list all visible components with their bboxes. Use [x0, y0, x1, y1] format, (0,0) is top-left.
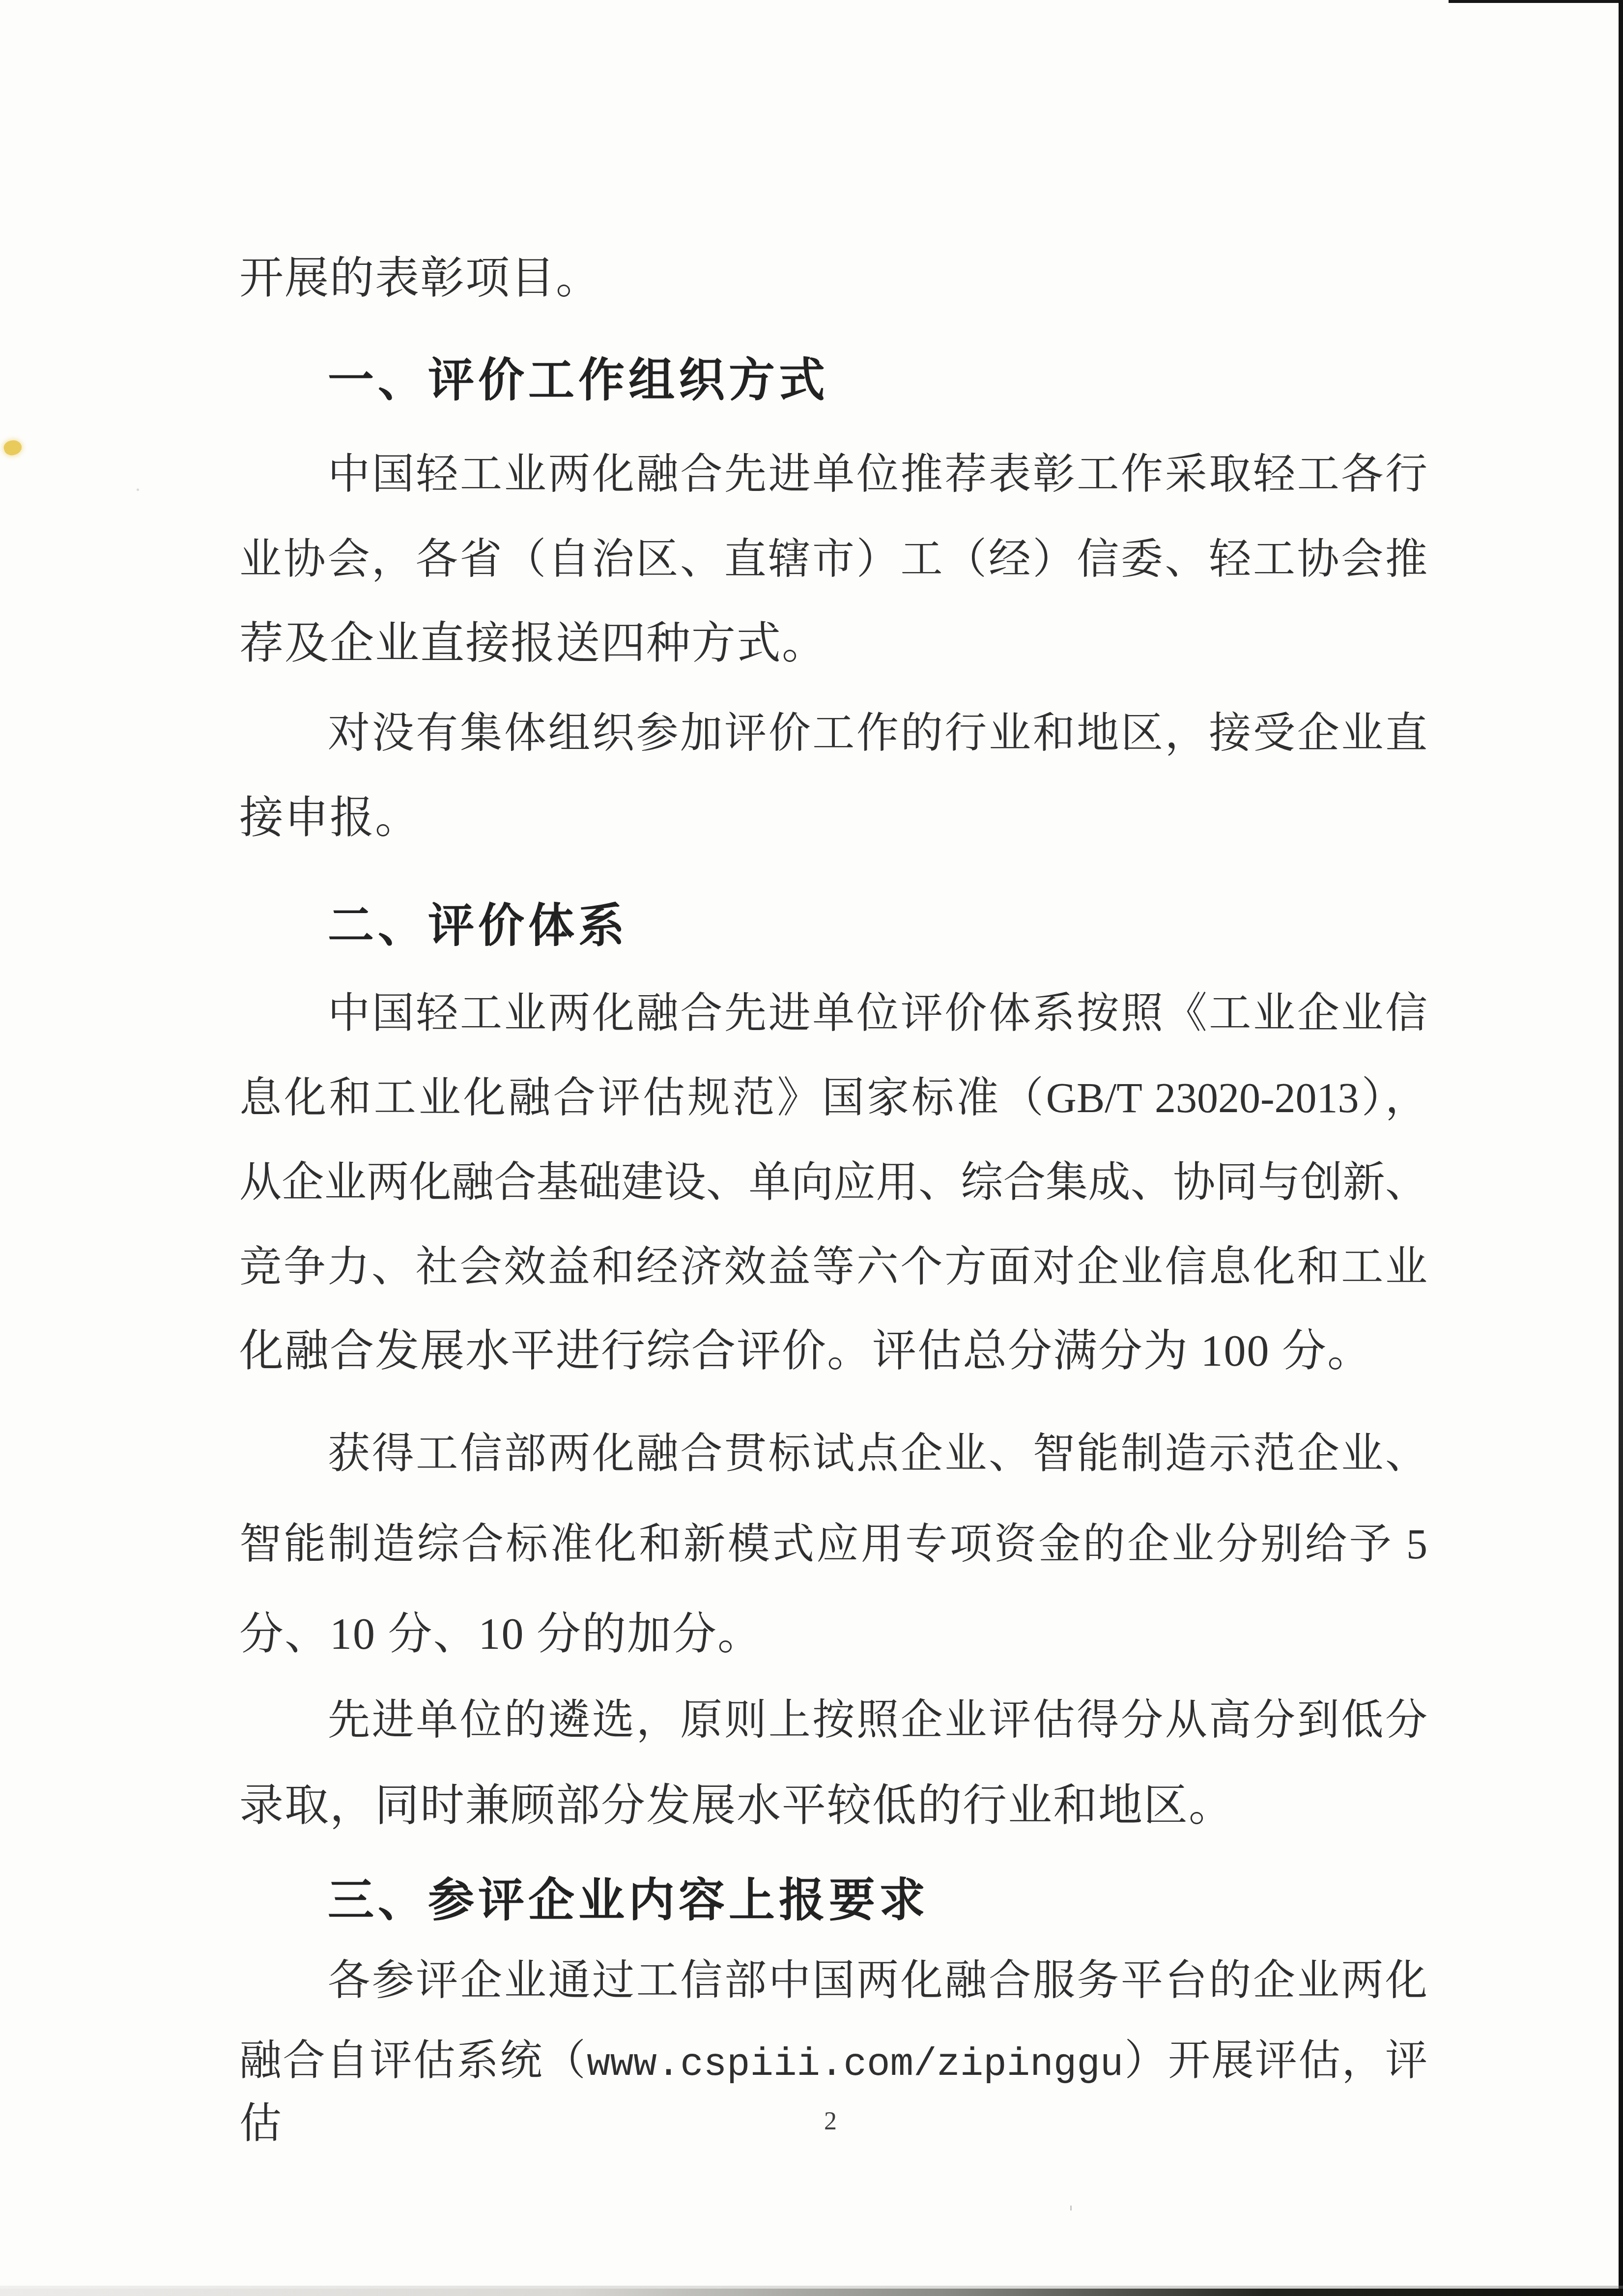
text-line-6: 对没有集体组织参加评价工作的行业和地区，接受企业直	[328, 704, 1427, 763]
text-line-17: 先进单位的遴选，原则上按照企业评估得分从高分到低分	[328, 1691, 1427, 1750]
text-line-10: 息化和工业化融合评估规范》国家标准（GB/T 23020-2013），	[239, 1068, 1427, 1127]
page-number: 2	[813, 2104, 848, 2139]
self-assessment-url: www.cspiii.com/zipinggu	[587, 2042, 1123, 2087]
text-line-14: 获得工信部两化融合贯标试点企业、智能制造示范企业、	[328, 1424, 1427, 1483]
document-page: 开展的表彰项目。 一、评价工作组织方式 中国轻工业两化融合先进单位推荐表彰工作采…	[0, 0, 1623, 2296]
text-line-12: 竞争力、社会效益和经济效益等六个方面对企业信息化和工业	[239, 1237, 1427, 1296]
url-line-prefix: 融合自评估系统（	[239, 2037, 587, 2084]
scan-edge-top-right	[1449, 0, 1620, 3]
text-line-15: 智能制造综合标准化和新模式应用专项资金的企业分别给予 5	[239, 1515, 1427, 1574]
text-line-5: 荐及企业直接报送四种方式。	[239, 614, 827, 673]
text-line-20: 各参评企业通过工信部中国两化融合服务平台的企业两化	[328, 1951, 1427, 2010]
yellow-stain-speck	[2, 438, 24, 457]
text-line-11: 从企业两化融合基础建设、单向应用、综合集成、协同与创新、	[239, 1153, 1427, 1212]
section-heading-3: 三、参评企业内容上报要求	[328, 1871, 929, 1930]
scan-dust-speck	[137, 488, 139, 491]
text-line-16: 分、10 分、10 分的加分。	[239, 1605, 763, 1664]
scan-edge-right	[1619, 0, 1623, 2296]
section-heading-2: 二、评价体系	[328, 897, 628, 956]
text-line-13: 化融合发展水平进行综合评价。评估总分满分为 100 分。	[239, 1322, 1372, 1381]
scan-dust-speck	[1070, 2206, 1072, 2210]
scan-bottom-band	[0, 2289, 1623, 2296]
text-line-1: 开展的表彰项目。	[239, 249, 601, 308]
text-line-7: 接申报。	[239, 789, 420, 848]
text-line-4: 业协会，各省（自治区、直辖市）工（经）信委、轻工协会推	[239, 530, 1427, 589]
text-line-3: 中国轻工业两化融合先进单位推荐表彰工作采取轻工各行	[328, 445, 1427, 504]
section-heading-1: 一、评价工作组织方式	[328, 351, 829, 410]
text-line-18: 录取，同时兼顾部分发展水平较低的行业和地区。	[239, 1777, 1234, 1836]
text-line-9: 中国轻工业两化融合先进单位评价体系按照《工业企业信	[328, 984, 1427, 1043]
